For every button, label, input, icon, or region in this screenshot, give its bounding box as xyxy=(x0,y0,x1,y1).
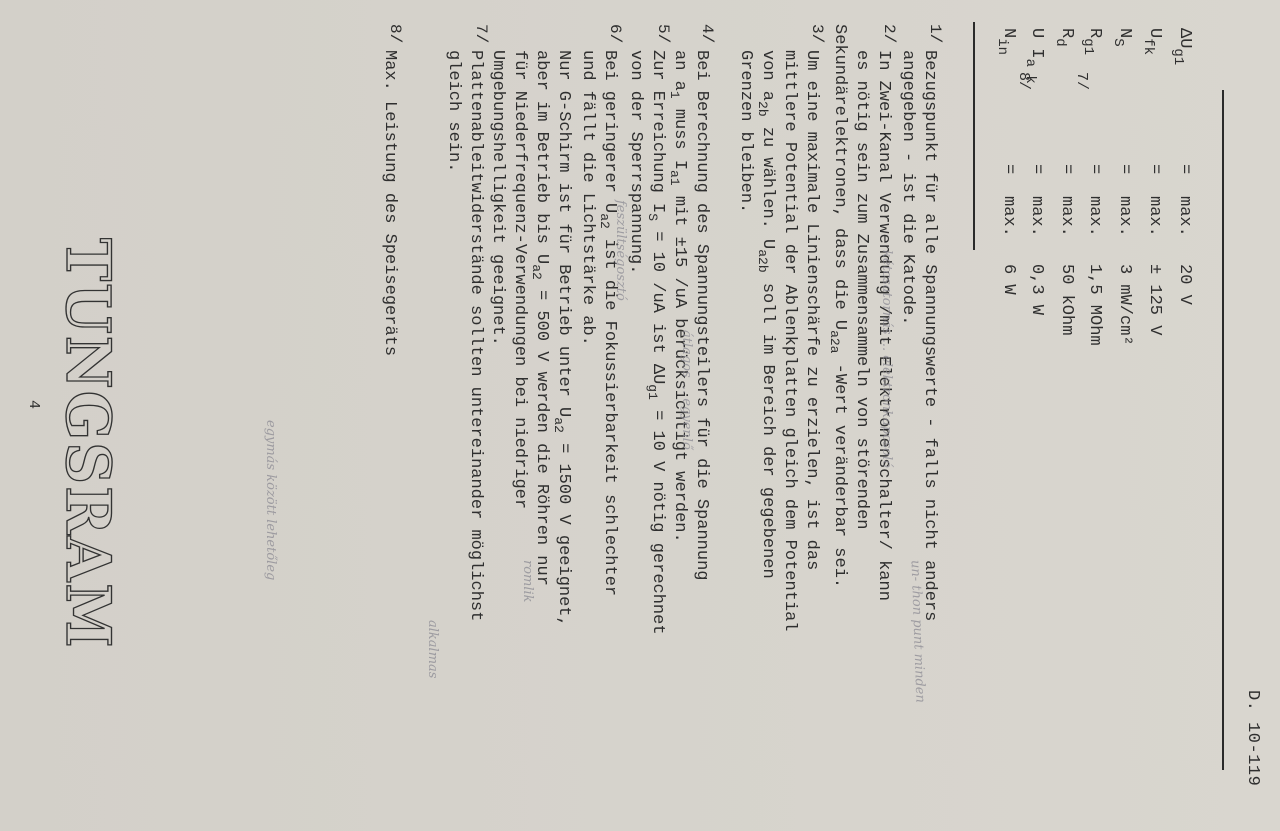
footnote-line: aber im Betrieb bis Ua2 = 500 V werden d… xyxy=(530,50,552,627)
footnote-line: von der Sperrspannung. xyxy=(624,50,646,635)
parameter-symbol: NS xyxy=(1110,28,1134,158)
parameter-equals: = xyxy=(999,164,1018,174)
footnote-line: Max. Leistung des Speisegeräts xyxy=(378,50,400,356)
parameter-value: 6 W xyxy=(999,264,1018,295)
parameter-value: 1,5 MOhm xyxy=(1085,264,1104,346)
parameter-equals: = xyxy=(1145,164,1164,174)
footnote-line: es nötig sein zum Zusammensammeln von st… xyxy=(850,50,872,601)
parameter-limit: max. xyxy=(1057,196,1076,237)
footnote-marker: 8/ xyxy=(1015,72,1032,90)
footnote-line: von a2b zu wählen. Ua2b soll im Bereich … xyxy=(756,50,778,632)
pencil-annotation: alkalmas xyxy=(425,620,440,678)
footnote-line: Sekundärelektronen, dass die Ua2a -Wert … xyxy=(828,24,850,588)
parameter-symbol: U Ia k xyxy=(1022,28,1046,158)
document-page: D. 10-119 ΔUg1=max.20 VUfk=max.± 125 VNS… xyxy=(0,0,1280,831)
page-number: 4 xyxy=(25,400,42,409)
footnote-line: Bezugspunkt für alle Spannungswerte - fa… xyxy=(918,50,940,621)
footnote-number: 5/ xyxy=(652,24,674,43)
parameter-symbol: ΔUg1 xyxy=(1170,28,1194,158)
parameter-limit: max. xyxy=(1145,196,1164,237)
footnote-text: Zur Erreichung IS = 10 /uA ist ΔUg1 = 10… xyxy=(624,50,668,635)
footnote-text: Bezugspunkt für alle Spannungswerte - fa… xyxy=(896,50,940,621)
footnote-line: für Niederfrequenz-Verwendungen bei nied… xyxy=(508,50,530,627)
footnote-line: Plattenableitwiderstände sollten unterei… xyxy=(464,50,486,621)
parameter-value: 20 V xyxy=(1175,264,1194,305)
pencil-annotation: kétcsatornás ... elektronkapcsoló xyxy=(879,250,894,468)
footnote-number: 1/ xyxy=(924,24,946,43)
parameter-symbol: Rg1 xyxy=(1080,28,1104,158)
footnote-number: 4/ xyxy=(696,24,718,43)
parameter-equals: = xyxy=(1027,164,1046,174)
parameter-equals: = xyxy=(1057,164,1076,174)
footnote-marker: 7/ xyxy=(1073,72,1090,90)
top-divider xyxy=(1223,90,1225,770)
pencil-annotation: egymás között lehetőleg xyxy=(263,420,278,580)
document-code: D. 10-119 xyxy=(1243,690,1262,786)
parameter-value: 3 mW/cm² xyxy=(1115,264,1134,346)
footnote-line: Um eine maximale Linienschärfe zu erziel… xyxy=(800,50,822,632)
footnote-text: Um eine maximale Linienschärfe zu erziel… xyxy=(734,50,822,632)
footnote-text: Sekundärelektronen, dass die Ua2a -Wert … xyxy=(828,24,850,588)
parameter-symbol: Rd xyxy=(1052,28,1076,158)
footnote-number: 7/ xyxy=(470,24,492,43)
parameter-equals: = xyxy=(1175,164,1194,174)
parameter-symbol: Nin xyxy=(994,28,1018,158)
footnote-line: an a1 muss Ia1 mit ±15 /uA berücksichtig… xyxy=(668,50,690,581)
footnote-number: 8/ xyxy=(384,24,406,43)
footnote-text: Bei geringerer Ua2 ist die Fokussierbark… xyxy=(576,50,620,596)
pencil-annotation: átlagos ... egyenlő xyxy=(679,330,694,450)
parameter-value: ± 125 V xyxy=(1145,264,1164,335)
tungsram-logo: TUNGSRAM xyxy=(52,238,123,650)
pencil-annotation: feszültségosztó xyxy=(613,200,628,301)
section-divider xyxy=(974,22,976,250)
footnote-number: 3/ xyxy=(806,24,828,43)
footnote-line: und fällt die Lichtstärke ab. xyxy=(576,50,598,596)
parameter-limit: max. xyxy=(1027,196,1046,237)
footnote-text: Plattenableitwiderstände sollten unterei… xyxy=(442,50,486,621)
footnote-line: mittlere Potential der Ablenkplatten gle… xyxy=(778,50,800,632)
footnote-text: Nur G-Schirm ist für Betrieb unter Ua2 =… xyxy=(486,50,574,627)
parameter-symbol: Ufk xyxy=(1140,28,1164,158)
footnote-line: gleich sein. xyxy=(442,50,464,621)
parameter-value: 0,3 W xyxy=(1027,264,1046,315)
footnote-line: angegeben - ist die Katode. xyxy=(896,50,918,621)
footnote-number: 2/ xyxy=(878,24,900,43)
footnote-number: 6/ xyxy=(604,24,626,43)
parameter-equals: = xyxy=(1085,164,1104,174)
footnote-line: Nur G-Schirm ist für Betrieb unter Ua2 =… xyxy=(552,50,574,627)
footnote-text: Max. Leistung des Speisegeräts xyxy=(378,50,400,356)
footnote-line: Zur Erreichung IS = 10 /uA ist ΔUg1 = 10… xyxy=(646,50,668,635)
parameter-equals: = xyxy=(1115,164,1134,174)
parameter-limit: max. xyxy=(999,196,1018,237)
footnote-line: Grenzen bleiben. xyxy=(734,50,756,632)
pencil-annotation: romlik xyxy=(520,560,535,603)
parameter-limit: max. xyxy=(1115,196,1134,237)
parameter-limit: max. xyxy=(1085,196,1104,237)
parameter-limit: max. xyxy=(1175,196,1194,237)
footnote-line: Umgebungshelligkeit geeignet. xyxy=(486,50,508,627)
parameter-value: 50 kOhm xyxy=(1057,264,1076,335)
footnote-line: Bei geringerer Ua2 ist die Fokussierbark… xyxy=(598,50,620,596)
footnote-text: Bei Berechnung des Spannungsteilers für … xyxy=(668,50,712,581)
footnote-line: Bei Berechnung des Spannungsteilers für … xyxy=(690,50,712,581)
